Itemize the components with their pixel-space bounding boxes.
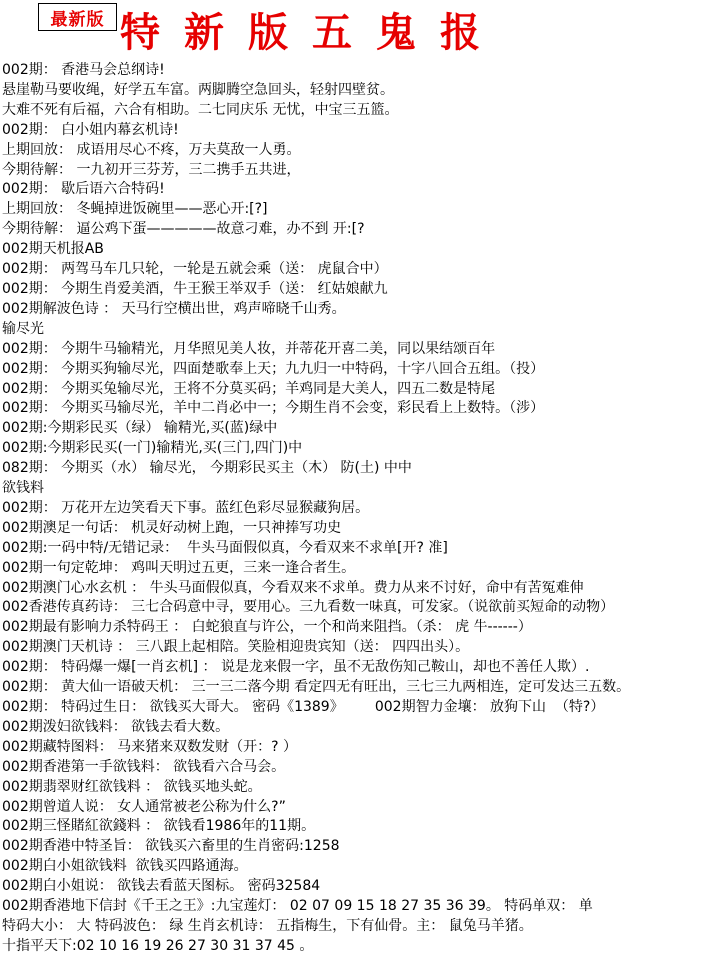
report-line: 002期澳足一句话： 机灵好动树上跑，一只神捧写功史 — [2, 519, 709, 539]
report-line: 002期： 两驾马车几只轮，一轮是五就会乘（送： 虎鼠合中） — [2, 260, 709, 280]
report-line: 大难不死有后福，六合有相助。二七同庆乐 无忧，中宝三五篮。 — [2, 101, 709, 121]
report-line: 002期： 今期买兔输尽光，王将不分莫买码；羊鸡同是大美人，四五二数是特尾 — [2, 380, 709, 400]
report-header: 最新版 特新版五鬼报 — [0, 0, 709, 58]
report-line: 002期白小姐欲钱料 欲钱买四路通海。 — [2, 857, 709, 877]
latest-edition-badge: 最新版 — [38, 3, 117, 31]
report-line: 002期澳门心水玄机 ： 牛头马面假似真，今看双来不求单。费力从来不讨好，命中有… — [2, 579, 709, 599]
report-line: 今期待解： 一九初开三芬芳，三二携手五共进， — [2, 161, 709, 181]
report-line: 002期:今期彩民买（绿） 输精光,买(蓝)绿中 — [2, 419, 709, 439]
report-line: 002期香港中特圣旨： 欲钱买六畜里的生肖密码:1258 — [2, 837, 709, 857]
report-line: 002期香港地下信封《千王之王》:九宝莲灯： 02 07 09 15 18 27… — [2, 897, 709, 917]
report-line: 欲钱料 — [2, 479, 709, 499]
report-line: 002期： 特码过生日： 欲钱买大哥大。 密码《1389》 002期智力金壤： … — [2, 698, 709, 718]
report-line: 002期： 今期买马输尽光，羊中二肖必中一；今期生肖不会变，彩民看上上数特。（涉… — [2, 399, 709, 419]
report-line: 002期： 白小姐内幕玄机诗! — [2, 121, 709, 141]
report-line: 002期解波色诗 ： 天马行空横出世，鸡声啼晓千山秀。 — [2, 300, 709, 320]
report-line: 今期待解： 逼公鸡下蛋—————故意刁难，办不到 开:[? — [2, 220, 709, 240]
report-line: 002期香港第一手欲钱料： 欲钱看六合马会。 — [2, 758, 709, 778]
report-line: 002期： 今期生肖爱美酒，牛王猴王举双手（送： 红姑娘献九 — [2, 280, 709, 300]
report-line: 002期曾道人说： 女人通常被老公称为什么?” — [2, 798, 709, 818]
report-line: 十指平天下:02 10 16 19 26 27 30 31 37 45 。 — [2, 937, 709, 955]
page-title: 特新版五鬼报 — [120, 1, 504, 58]
report-sheet: 最新版 特新版五鬼报 002期： 香港马会总纲诗!悬崖勒马要收绳，好学五车富。两… — [0, 0, 709, 955]
report-line: 特码大小： 大 特码波色： 绿 生肖玄机诗： 五指梅生，下有仙骨。主： 鼠兔马羊… — [2, 917, 709, 937]
report-line: 002期： 万花开左边笑看天下事。蓝红色彩尽显猴藏狗居。 — [2, 499, 709, 519]
report-line: 002期： 歇后语六合特码! — [2, 180, 709, 200]
report-line: 悬崖勒马要收绳，好学五车富。两脚腾空急回头，轻射四壁贫。 — [2, 81, 709, 101]
report-line: 上期回放： 成语用尽心不疼，万夫莫敌一人勇。 — [2, 141, 709, 161]
report-line: 082期： 今期买（水） 输尽光， 今期彩民买主（木） 防(土) 中中 — [2, 459, 709, 479]
report-line: 002香港传真药诗： 三七合码意中寻，要用心。三九看数一味真，可发家。（说欲前买… — [2, 598, 709, 618]
report-line: 002期一句定乾坤： 鸡叫天明过五更，三来一逢合者生。 — [2, 559, 709, 579]
report-line: 002期： 特码爆一爆[一肖玄机] ： 说是龙来假一字，虽不无敌伤知己鞍山，却也… — [2, 658, 709, 678]
report-line: 上期回放： 冬蝇掉进饭碗里——恶心开:[?] — [2, 200, 709, 220]
report-line: 002期最有影响力杀特码王 ： 白蛇狼直与许公，一个和尚来阻挡。（杀： 虎 牛-… — [2, 618, 709, 638]
report-line: 002期白小姐说： 欲钱去看蓝天图标。 密码32584 — [2, 877, 709, 897]
report-line: 002期： 香港马会总纲诗! — [2, 61, 709, 81]
report-body: 002期： 香港马会总纲诗!悬崖勒马要收绳，好学五车富。两脚腾空急回头，轻射四壁… — [0, 58, 709, 955]
report-line: 002期澳门天机诗 ： 三八跟上起相陪。笑脸相迎贵宾知（送： 四四出头）。 — [2, 638, 709, 658]
report-line: 002期翡翠财红欲钱料 ： 欲钱买地头蛇。 — [2, 778, 709, 798]
report-line: 002期藏特图料： 马来猪来双数发财（开：? ） — [2, 738, 709, 758]
report-line: 002期天机报AB — [2, 240, 709, 260]
report-line: 002期： 黄大仙一语破天机： 三一三二落今期 看定四无有旺出，三七三九两相连，… — [2, 678, 709, 698]
report-line: 002期： 今期买狗输尽光，四面楚歌奉上天；九九归一中特码，十字八回合五组。（投… — [2, 360, 709, 380]
report-line: 002期三怪賭紅欲錢料 ： 欲钱看1986年的11期。 — [2, 817, 709, 837]
report-line: 002期:今期彩民买(一门)输精光,买(三门,四门)中 — [2, 439, 709, 459]
report-line: 002期： 今期牛马输精光，月华照见美人妆，并蒂花开喜二美，同以果结颂百年 — [2, 340, 709, 360]
report-line: 002期:一码中特/无错记录： 牛头马面假似真，今看双来不求单[开? 准] — [2, 539, 709, 559]
report-line: 输尽光 — [2, 320, 709, 340]
report-line: 002期泼妇欲钱料： 欲钱去看大数。 — [2, 718, 709, 738]
